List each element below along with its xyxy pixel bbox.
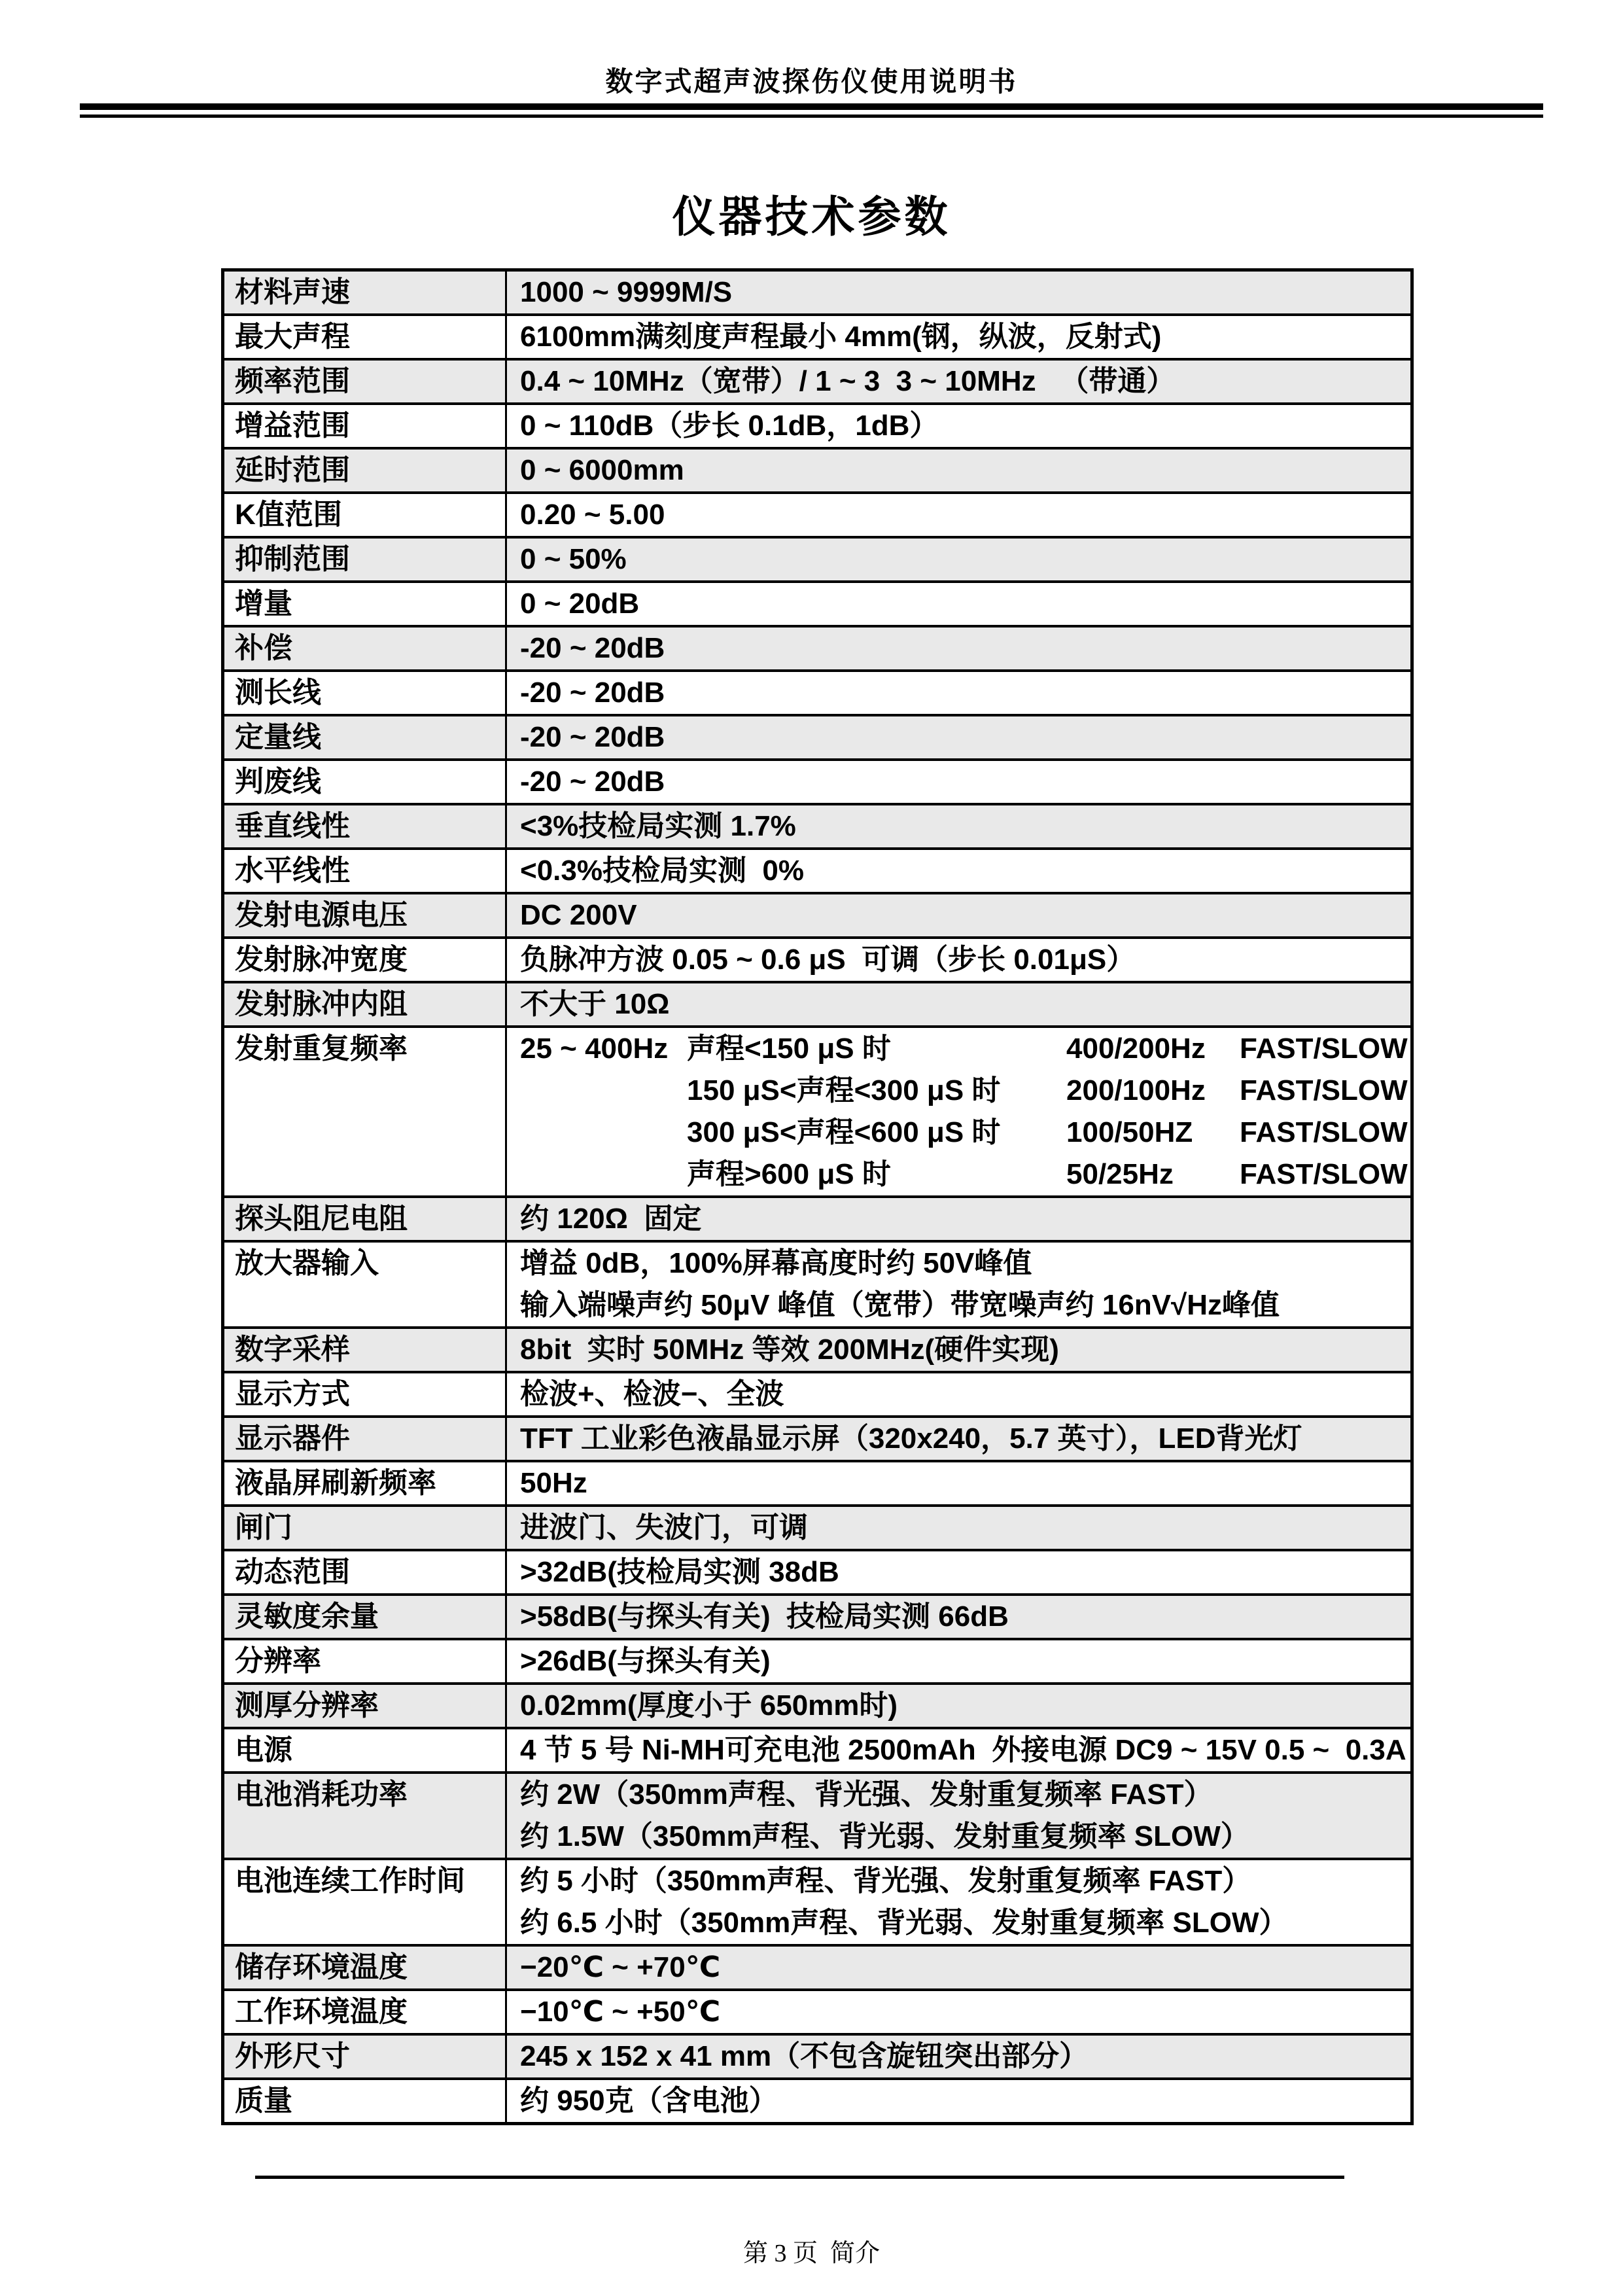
param-value-line: 8bit 实时 50MHz 等效 200MHz(硬件实现)	[520, 1329, 1410, 1371]
table-row: 分辨率>26dB(与探头有关)	[224, 1638, 1410, 1682]
table-row: 发射脉冲宽度负脉冲方波 0.05 ~ 0.6 μS 可调（步长 0.01μS）	[224, 936, 1410, 981]
param-value-line: <3%技检局实测 1.7%	[520, 805, 1410, 847]
param-value-line: 输入端噪声约 50μV 峰值（宽带）带宽噪声约 16nV√Hz峰值	[520, 1284, 1410, 1326]
param-value: 0 ~ 110dB（步长 0.1dB，1dB）	[507, 405, 1410, 447]
param-value: 检波+、检波−、全波	[507, 1373, 1410, 1415]
param-label: 定量线	[224, 716, 507, 758]
table-row: 工作环境温度−10℃ ~ +50℃	[224, 1988, 1410, 2033]
param-label: 显示方式	[224, 1373, 507, 1415]
param-value-freq: 100/50HZ	[1066, 1112, 1240, 1154]
param-value-line: 0.02mm(厚度小于 650mm时)	[520, 1685, 1410, 1727]
param-value: −10℃ ~ +50℃	[507, 1991, 1410, 2033]
page-footer: 第 3 页 简介	[0, 2233, 1623, 2269]
table-row: K值范围0.20 ~ 5.00	[224, 491, 1410, 536]
table-row: 电源4 节 5 号 Ni-MH可充电池 2500mAh 外接电源 DC9 ~ 1…	[224, 1727, 1410, 1771]
param-value-line: 4 节 5 号 Ni-MH可充电池 2500mAh 外接电源 DC9 ~ 15V…	[520, 1729, 1410, 1771]
param-value: >26dB(与探头有关)	[507, 1640, 1410, 1682]
param-label: 显示器件	[224, 1418, 507, 1460]
table-row: 材料声速1000 ~ 9999M/S	[224, 272, 1410, 313]
param-value-grid-line: 300 μS<声程<600 μS 时100/50HZFAST/SLOW	[520, 1112, 1410, 1154]
footer-rule	[255, 2176, 1344, 2179]
param-label: 外形尺寸	[224, 2036, 507, 2077]
param-label: 电池连续工作时间	[224, 1860, 507, 1944]
param-value: 0 ~ 20dB	[507, 583, 1410, 625]
param-value-line: −10℃ ~ +50℃	[520, 1991, 1410, 2033]
param-label: 灵敏度余量	[224, 1596, 507, 1638]
param-value: 6100mm满刻度声程最小 4mm(钢，纵波，反射式)	[507, 316, 1410, 358]
param-value-line: 6100mm满刻度声程最小 4mm(钢，纵波，反射式)	[520, 316, 1410, 358]
param-value-line: 0 ~ 20dB	[520, 583, 1410, 625]
table-row: 补偿-20 ~ 20dB	[224, 625, 1410, 669]
param-value-prefix	[520, 1154, 687, 1195]
param-value-line: 约 120Ω 固定	[520, 1198, 1410, 1240]
param-label: 放大器输入	[224, 1243, 507, 1326]
param-value-line: -20 ~ 20dB	[520, 627, 1410, 669]
table-row: 增益范围0 ~ 110dB（步长 0.1dB，1dB）	[224, 402, 1410, 447]
param-value: 负脉冲方波 0.05 ~ 0.6 μS 可调（步长 0.01μS）	[507, 939, 1410, 981]
param-value: -20 ~ 20dB	[507, 761, 1410, 803]
param-label: 闸门	[224, 1507, 507, 1549]
param-value-line: 负脉冲方波 0.05 ~ 0.6 μS 可调（步长 0.01μS）	[520, 939, 1410, 981]
param-value-line: 245 x 152 x 41 mm（不包含旋钮突出部分）	[520, 2036, 1410, 2077]
table-row: 频率范围0.4 ~ 10MHz（宽带）/ 1 ~ 3 3 ~ 10MHz （带通…	[224, 358, 1410, 402]
param-value-line: -20 ~ 20dB	[520, 761, 1410, 803]
param-label: 最大声程	[224, 316, 507, 358]
param-value-line: 进波门、失波门，可调	[520, 1507, 1410, 1549]
param-value-line: 约 950克（含电池）	[520, 2080, 1410, 2122]
param-label: 延时范围	[224, 450, 507, 491]
manual-page: 数字式超声波探伤仪使用说明书 仪器技术参数 材料声速1000 ~ 9999M/S…	[0, 0, 1623, 2296]
param-value-line: 0.20 ~ 5.00	[520, 494, 1410, 536]
param-value: 约 5 小时（350mm声程、背光强、发射重复频率 FAST）约 6.5 小时（…	[507, 1860, 1410, 1944]
param-value: -20 ~ 20dB	[507, 627, 1410, 669]
table-row: 延时范围0 ~ 6000mm	[224, 447, 1410, 491]
param-value: 50Hz	[507, 1462, 1410, 1504]
param-label: 数字采样	[224, 1329, 507, 1371]
param-value-line: 0 ~ 6000mm	[520, 450, 1410, 491]
header-rule-thick	[80, 103, 1543, 110]
param-value: 约 2W（350mm声程、背光强、发射重复频率 FAST）约 1.5W（350m…	[507, 1774, 1410, 1858]
table-row: 数字采样8bit 实时 50MHz 等效 200MHz(硬件实现)	[224, 1326, 1410, 1371]
param-value: -20 ~ 20dB	[507, 716, 1410, 758]
param-value-line: 0 ~ 50%	[520, 539, 1410, 580]
param-value: 增益 0dB，100%屏幕高度时约 50V峰值输入端噪声约 50μV 峰值（宽带…	[507, 1243, 1410, 1326]
param-value: 0.20 ~ 5.00	[507, 494, 1410, 536]
param-value-freq: 400/200Hz	[1066, 1028, 1240, 1070]
param-value-line: <0.3%技检局实测 0%	[520, 850, 1410, 892]
param-label: 补偿	[224, 627, 507, 669]
table-row: 放大器输入增益 0dB，100%屏幕高度时约 50V峰值输入端噪声约 50μV …	[224, 1240, 1410, 1326]
page-title: 仪器技术参数	[0, 182, 1623, 244]
header-rule-thin	[80, 115, 1543, 118]
param-label: 判废线	[224, 761, 507, 803]
param-value: <0.3%技检局实测 0%	[507, 850, 1410, 892]
param-value-line: DC 200V	[520, 894, 1410, 936]
param-value-line: 约 5 小时（350mm声程、背光强、发射重复频率 FAST）	[520, 1860, 1410, 1902]
table-row: 闸门进波门、失波门，可调	[224, 1504, 1410, 1549]
param-value-prefix: 25 ~ 400Hz	[520, 1028, 687, 1070]
param-label: 抑制范围	[224, 539, 507, 580]
param-label: 探头阻尼电阻	[224, 1198, 507, 1240]
table-row: 显示器件TFT 工业彩色液晶显示屏（320x240，5.7 英寸），LED背光灯	[224, 1415, 1410, 1460]
param-value: 约 120Ω 固定	[507, 1198, 1410, 1240]
param-value-condition: 150 μS<声程<300 μS 时	[687, 1070, 1066, 1112]
param-value-line: -20 ~ 20dB	[520, 672, 1410, 714]
table-row: 探头阻尼电阻约 120Ω 固定	[224, 1195, 1410, 1240]
param-value-line: >32dB(技检局实测 38dB	[520, 1551, 1410, 1593]
param-label: 动态范围	[224, 1551, 507, 1593]
table-row: 质量约 950克（含电池）	[224, 2077, 1410, 2122]
table-row: 测长线-20 ~ 20dB	[224, 669, 1410, 714]
param-value-line: -20 ~ 20dB	[520, 716, 1410, 758]
param-value-line: −20℃ ~ +70℃	[520, 1947, 1410, 1988]
table-row: 抑制范围0 ~ 50%	[224, 536, 1410, 580]
param-label: 材料声速	[224, 272, 507, 313]
param-label: 电池消耗功率	[224, 1774, 507, 1858]
param-value: <3%技检局实测 1.7%	[507, 805, 1410, 847]
param-label: 增益范围	[224, 405, 507, 447]
param-value-mode: FAST/SLOW	[1240, 1070, 1410, 1112]
param-value-line: 不大于 10Ω	[520, 983, 1410, 1025]
param-value: 8bit 实时 50MHz 等效 200MHz(硬件实现)	[507, 1329, 1410, 1371]
param-value: 245 x 152 x 41 mm（不包含旋钮突出部分）	[507, 2036, 1410, 2077]
param-value-line: 50Hz	[520, 1462, 1410, 1504]
param-value-line: 检波+、检波−、全波	[520, 1373, 1410, 1415]
param-value-line: TFT 工业彩色液晶显示屏（320x240，5.7 英寸），LED背光灯	[520, 1418, 1410, 1460]
param-label: 频率范围	[224, 361, 507, 402]
param-value-line: 约 1.5W（350mm声程、背光弱、发射重复频率 SLOW）	[520, 1816, 1410, 1858]
param-value-line: 增益 0dB，100%屏幕高度时约 50V峰值	[520, 1243, 1410, 1284]
param-label: 发射重复频率	[224, 1028, 507, 1195]
param-value: DC 200V	[507, 894, 1410, 936]
param-label: 分辨率	[224, 1640, 507, 1682]
table-row: 储存环境温度−20℃ ~ +70℃	[224, 1944, 1410, 1988]
table-row: 外形尺寸245 x 152 x 41 mm（不包含旋钮突出部分）	[224, 2033, 1410, 2077]
table-row: 动态范围>32dB(技检局实测 38dB	[224, 1549, 1410, 1593]
param-value: 25 ~ 400Hz声程<150 μS 时400/200HzFAST/SLOW1…	[507, 1028, 1410, 1195]
param-value-line: 约 2W（350mm声程、背光强、发射重复频率 FAST）	[520, 1774, 1410, 1816]
param-label: 垂直线性	[224, 805, 507, 847]
table-row: 定量线-20 ~ 20dB	[224, 714, 1410, 758]
table-row: 发射重复频率25 ~ 400Hz声程<150 μS 时400/200HzFAST…	[224, 1025, 1410, 1195]
param-value-mode: FAST/SLOW	[1240, 1154, 1410, 1195]
param-value-prefix	[520, 1070, 687, 1112]
param-value-condition: 声程>600 μS 时	[687, 1154, 1066, 1195]
param-value-grid-line: 声程>600 μS 时50/25HzFAST/SLOW	[520, 1154, 1410, 1195]
table-row: 增量0 ~ 20dB	[224, 580, 1410, 625]
spec-table: 材料声速1000 ~ 9999M/S最大声程6100mm满刻度声程最小 4mm(…	[221, 268, 1414, 2125]
param-value: 约 950克（含电池）	[507, 2080, 1410, 2122]
param-value-prefix	[520, 1112, 687, 1154]
param-value-mode: FAST/SLOW	[1240, 1028, 1410, 1070]
param-label: 增量	[224, 583, 507, 625]
param-value-line: 约 6.5 小时（350mm声程、背光弱、发射重复频率 SLOW）	[520, 1902, 1410, 1944]
param-label: 液晶屏刷新频率	[224, 1462, 507, 1504]
param-value-line: >26dB(与探头有关)	[520, 1640, 1410, 1682]
param-value-freq: 50/25Hz	[1066, 1154, 1240, 1195]
param-value-condition: 300 μS<声程<600 μS 时	[687, 1112, 1066, 1154]
param-value: 1000 ~ 9999M/S	[507, 272, 1410, 313]
table-row: 液晶屏刷新频率50Hz	[224, 1460, 1410, 1504]
param-value: 0.4 ~ 10MHz（宽带）/ 1 ~ 3 3 ~ 10MHz （带通）	[507, 361, 1410, 402]
param-label: 水平线性	[224, 850, 507, 892]
param-label: 电源	[224, 1729, 507, 1771]
param-value: 不大于 10Ω	[507, 983, 1410, 1025]
table-row: 电池连续工作时间约 5 小时（350mm声程、背光强、发射重复频率 FAST）约…	[224, 1858, 1410, 1944]
param-value: 0 ~ 6000mm	[507, 450, 1410, 491]
param-label: 测长线	[224, 672, 507, 714]
param-value: 进波门、失波门，可调	[507, 1507, 1410, 1549]
table-row: 发射电源电压DC 200V	[224, 892, 1410, 936]
param-label: 工作环境温度	[224, 1991, 507, 2033]
param-value-grid-line: 150 μS<声程<300 μS 时200/100HzFAST/SLOW	[520, 1070, 1410, 1112]
table-row: 灵敏度余量>58dB(与探头有关) 技检局实测 66dB	[224, 1593, 1410, 1638]
param-value-condition: 声程<150 μS 时	[687, 1028, 1066, 1070]
table-row: 最大声程6100mm满刻度声程最小 4mm(钢，纵波，反射式)	[224, 313, 1410, 358]
param-label: 发射电源电压	[224, 894, 507, 936]
param-value-freq: 200/100Hz	[1066, 1070, 1240, 1112]
param-value: 4 节 5 号 Ni-MH可充电池 2500mAh 外接电源 DC9 ~ 15V…	[507, 1729, 1410, 1771]
param-label: K值范围	[224, 494, 507, 536]
param-value: −20℃ ~ +70℃	[507, 1947, 1410, 1988]
table-row: 水平线性<0.3%技检局实测 0%	[224, 847, 1410, 892]
param-label: 质量	[224, 2080, 507, 2122]
param-label: 测厚分辨率	[224, 1685, 507, 1727]
table-row: 测厚分辨率0.02mm(厚度小于 650mm时)	[224, 1682, 1410, 1727]
param-value: 0 ~ 50%	[507, 539, 1410, 580]
param-label: 储存环境温度	[224, 1947, 507, 1988]
document-title: 数字式超声波探伤仪使用说明书	[0, 60, 1623, 99]
param-value-line: >58dB(与探头有关) 技检局实测 66dB	[520, 1596, 1410, 1638]
table-row: 发射脉冲内阻不大于 10Ω	[224, 981, 1410, 1025]
param-value: >32dB(技检局实测 38dB	[507, 1551, 1410, 1593]
header-double-rule	[80, 103, 1543, 118]
table-row: 显示方式检波+、检波−、全波	[224, 1371, 1410, 1415]
param-value: 0.02mm(厚度小于 650mm时)	[507, 1685, 1410, 1727]
param-value: -20 ~ 20dB	[507, 672, 1410, 714]
table-row: 电池消耗功率约 2W（350mm声程、背光强、发射重复频率 FAST）约 1.5…	[224, 1771, 1410, 1858]
table-row: 判废线-20 ~ 20dB	[224, 758, 1410, 803]
param-label: 发射脉冲宽度	[224, 939, 507, 981]
param-value: TFT 工业彩色液晶显示屏（320x240，5.7 英寸），LED背光灯	[507, 1418, 1410, 1460]
param-value-line: 0.4 ~ 10MHz（宽带）/ 1 ~ 3 3 ~ 10MHz （带通）	[520, 361, 1410, 402]
param-value-line: 1000 ~ 9999M/S	[520, 272, 1410, 313]
param-value-line: 0 ~ 110dB（步长 0.1dB，1dB）	[520, 405, 1410, 447]
param-value-grid-line: 25 ~ 400Hz声程<150 μS 时400/200HzFAST/SLOW	[520, 1028, 1410, 1070]
param-value: >58dB(与探头有关) 技检局实测 66dB	[507, 1596, 1410, 1638]
param-label: 发射脉冲内阻	[224, 983, 507, 1025]
param-value-mode: FAST/SLOW	[1240, 1112, 1410, 1154]
table-row: 垂直线性<3%技检局实测 1.7%	[224, 803, 1410, 847]
